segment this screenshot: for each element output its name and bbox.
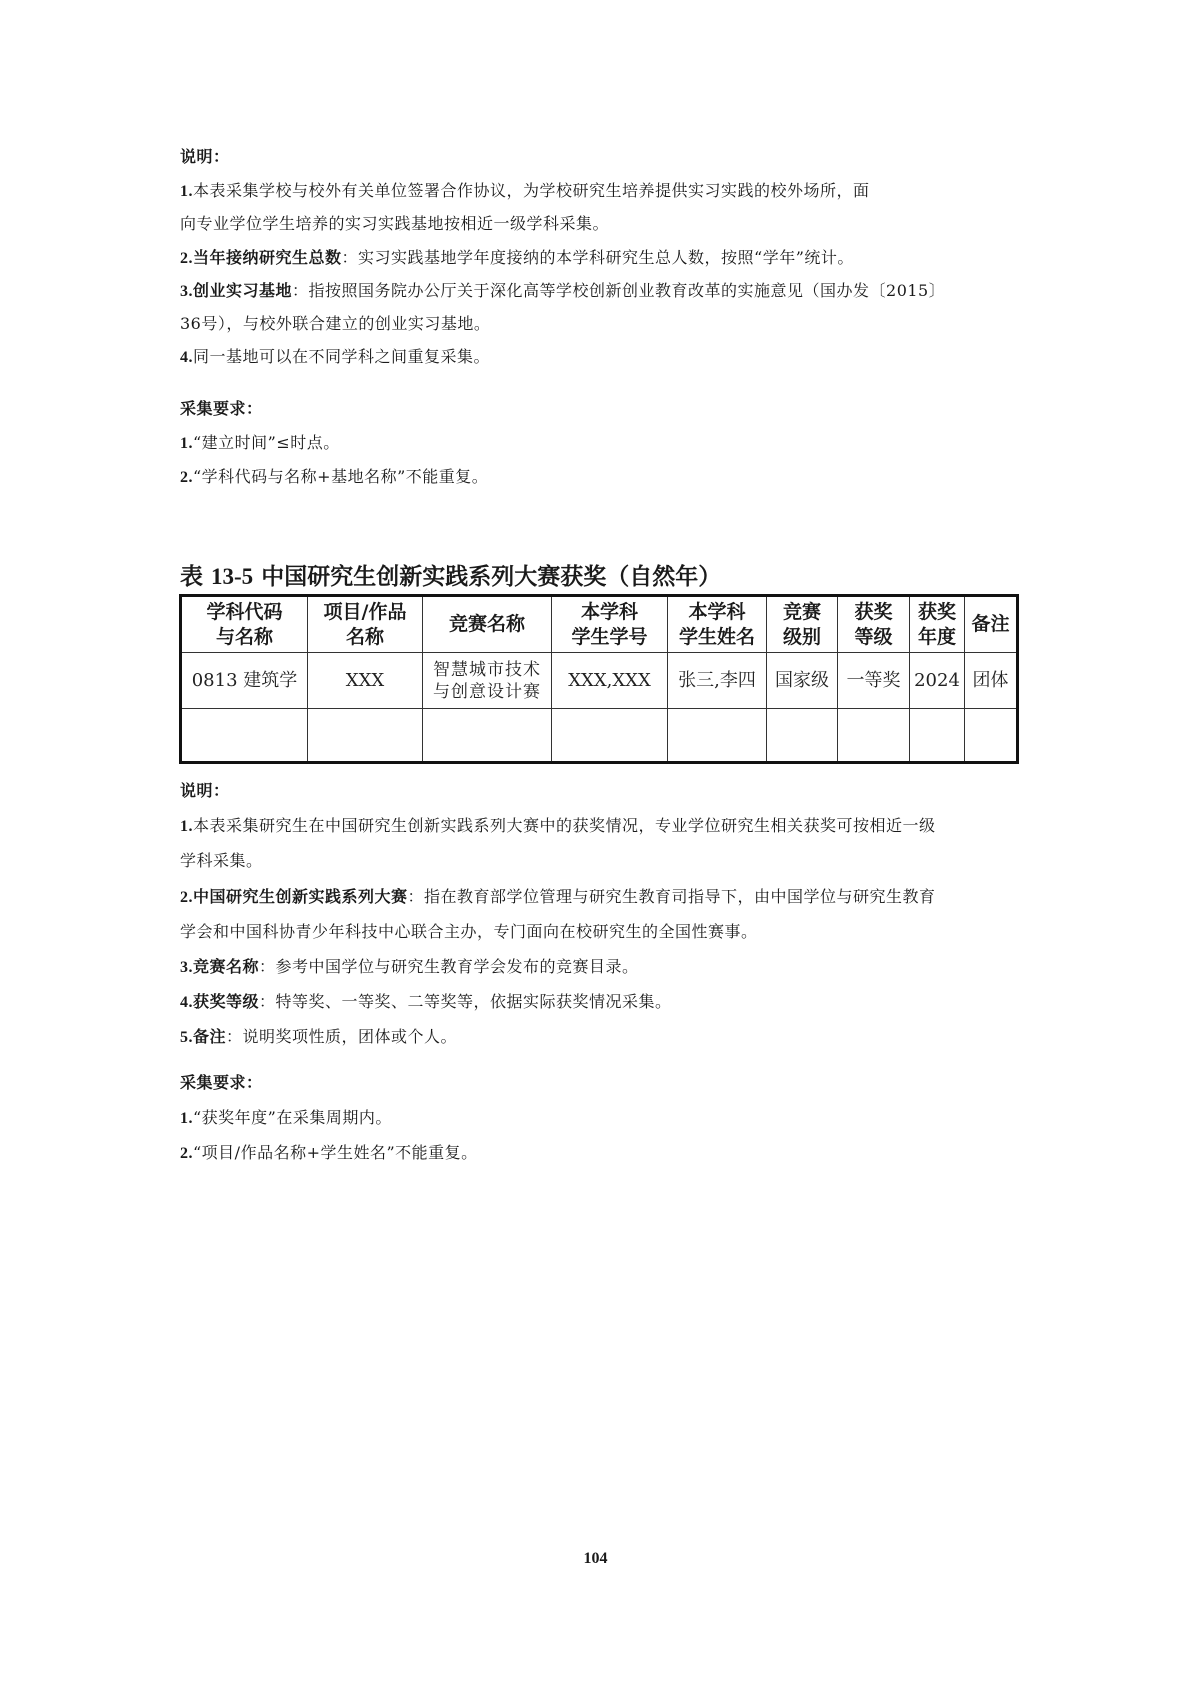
cell-award-year: 2024 [910, 653, 965, 709]
note-term: 当年接纳研究生总数 [193, 248, 342, 267]
cell-student-id: XXX,XXX [552, 653, 668, 709]
note-item: 5.备注：说明奖项性质，团体或个人。 [180, 1026, 457, 1049]
cell-competition: 智慧城市技术与创意设计赛 [423, 653, 552, 709]
note-item: 2.当年接纳研究生总数：实习实践基地学年度接纳的本学科研究生总人数，按照“学年”… [180, 247, 854, 270]
requirement-number: 2. [180, 1145, 193, 1162]
note-term: 获奖等级 [193, 992, 259, 1011]
note-term: 中国研究生创新实践系列大赛 [193, 887, 408, 906]
note-item: 学科采集。 [180, 850, 263, 872]
requirement-text: “获奖年度”在采集周期内。 [193, 1108, 392, 1127]
requirement-number: 1. [180, 1110, 193, 1127]
note-text: 同一基地可以在不同学科之间重复采集。 [193, 347, 490, 366]
note-number: 1. [180, 818, 193, 835]
cell-award-grade: 一等奖 [838, 653, 910, 709]
note-item: 3.竞赛名称：参考中国学位与研究生教育学会发布的竞赛目录。 [180, 956, 639, 979]
cell-empty [767, 709, 838, 763]
note-item: 1.本表采集研究生在中国研究生创新实践系列大赛中的获奖情况，专业学位研究生相关获… [180, 815, 936, 838]
header-competition: 竞赛名称 [423, 596, 552, 653]
note-text: ：特等奖、一等奖、二等奖等，依据实际获奖情况采集。 [259, 992, 672, 1011]
note-item: 学会和中国科协青少年科技中心联合主办，专门面向在校研究生的全国性赛事。 [180, 921, 758, 943]
note-item: 4.同一基地可以在不同学科之间重复采集。 [180, 346, 490, 369]
table-title: 表 13-5 中国研究生创新实践系列大赛获奖（自然年） [180, 558, 721, 591]
note-number: 4. [180, 349, 193, 366]
header-award-year: 获奖年度 [910, 596, 965, 653]
note-number: 1. [180, 183, 193, 200]
note-number: 2. [180, 889, 193, 906]
requirement-text: “学科代码与名称+基地名称”不能重复。 [193, 467, 488, 486]
note-term: 创业实习基地 [193, 281, 292, 300]
requirement-number: 1. [180, 435, 193, 452]
table-title-text: 中国研究生创新实践系列大赛获奖（自然年） [261, 564, 721, 590]
table-title-prefix: 表 [180, 564, 203, 590]
note-text: 向专业学位学生培养的实习实践基地按相近一级学科采集。 [180, 214, 609, 233]
header-project: 项目/作品名称 [308, 596, 423, 653]
page-number: 104 [0, 1550, 1191, 1568]
cell-empty [423, 709, 552, 763]
note-text: ：指在教育部学位管理与研究生教育司指导下，由中国学位与研究生教育 [408, 887, 936, 906]
cell-empty [965, 709, 1018, 763]
notes-heading: 说明： [180, 146, 230, 168]
header-remarks: 备注 [965, 596, 1018, 653]
note-text: 本表采集研究生在中国研究生创新实践系列大赛中的获奖情况，专业学位研究生相关获奖可… [193, 816, 936, 835]
note-item: 3.创业实习基地：指按照国务院办公厅关于深化高等学校创新创业教育改革的实施意见（… [180, 280, 945, 303]
table-row-empty [181, 709, 1018, 763]
note-item: 36号），与校外联合建立的创业实习基地。 [180, 313, 490, 335]
note-text: 学科采集。 [180, 851, 263, 870]
cell-project: XXX [308, 653, 423, 709]
note-number: 4. [180, 994, 193, 1011]
header-student-id: 本学科学生学号 [552, 596, 668, 653]
note-term: 竞赛名称 [193, 957, 259, 976]
note-number: 2. [180, 250, 193, 267]
requirement-number: 2. [180, 469, 193, 486]
note-text: 学会和中国科协青少年科技中心联合主办，专门面向在校研究生的全国性赛事。 [180, 922, 758, 941]
note-text: 36号），与校外联合建立的创业实习基地。 [180, 314, 490, 333]
cell-discipline: 0813 建筑学 [181, 653, 308, 709]
note-item: 2.中国研究生创新实践系列大赛：指在教育部学位管理与研究生教育司指导下，由中国学… [180, 886, 936, 909]
header-discipline: 学科代码与名称 [181, 596, 308, 653]
note-number: 3. [180, 959, 193, 976]
awards-table: 学科代码与名称 项目/作品名称 竞赛名称 本学科学生学号 本学科学生姓名 竞赛级… [179, 594, 1019, 764]
note-number: 3. [180, 283, 193, 300]
requirement-item: 2.“学科代码与名称+基地名称”不能重复。 [180, 466, 488, 489]
note-term: 备注 [193, 1027, 226, 1046]
note-text: ：指按照国务院办公厅关于深化高等学校创新创业教育改革的实施意见（国办发〔2015… [292, 281, 945, 300]
note-item: 1.本表采集学校与校外有关单位签署合作协议，为学校研究生培养提供实习实践的校外场… [180, 180, 870, 203]
cell-empty [308, 709, 423, 763]
requirements-heading: 采集要求： [180, 398, 263, 420]
cell-student-name: 张三,李四 [668, 653, 767, 709]
cell-empty [838, 709, 910, 763]
cell-remarks: 团体 [965, 653, 1018, 709]
cell-empty [668, 709, 767, 763]
note-text: ：实习实践基地学年度接纳的本学科研究生总人数，按照“学年”统计。 [342, 248, 854, 267]
requirement-item: 1.“获奖年度”在采集周期内。 [180, 1107, 392, 1130]
note-number: 5. [180, 1029, 193, 1046]
cell-empty [910, 709, 965, 763]
requirement-item: 2.“项目/作品名称+学生姓名”不能重复。 [180, 1142, 478, 1165]
table-row: 0813 建筑学 XXX 智慧城市技术与创意设计赛 XXX,XXX 张三,李四 … [181, 653, 1018, 709]
requirement-text: “建立时间”≤时点。 [193, 433, 340, 452]
table-header-row: 学科代码与名称 项目/作品名称 竞赛名称 本学科学生学号 本学科学生姓名 竞赛级… [181, 596, 1018, 653]
cell-empty [552, 709, 668, 763]
header-award-grade: 获奖等级 [838, 596, 910, 653]
header-level: 竞赛级别 [767, 596, 838, 653]
header-student-name: 本学科学生姓名 [668, 596, 767, 653]
requirements-heading: 采集要求： [180, 1072, 263, 1094]
note-text: 本表采集学校与校外有关单位签署合作协议，为学校研究生培养提供实习实践的校外场所，… [193, 181, 870, 200]
note-item: 向专业学位学生培养的实习实践基地按相近一级学科采集。 [180, 213, 609, 235]
note-text: ：参考中国学位与研究生教育学会发布的竞赛目录。 [259, 957, 639, 976]
cell-level: 国家级 [767, 653, 838, 709]
requirement-item: 1.“建立时间”≤时点。 [180, 432, 340, 455]
notes-heading: 说明： [180, 780, 230, 802]
note-item: 4.获奖等级：特等奖、一等奖、二等奖等，依据实际获奖情况采集。 [180, 991, 672, 1014]
requirement-text: “项目/作品名称+学生姓名”不能重复。 [193, 1143, 478, 1162]
note-text: ：说明奖项性质，团体或个人。 [226, 1027, 457, 1046]
cell-empty [181, 709, 308, 763]
table-title-number: 13-5 [211, 564, 253, 589]
